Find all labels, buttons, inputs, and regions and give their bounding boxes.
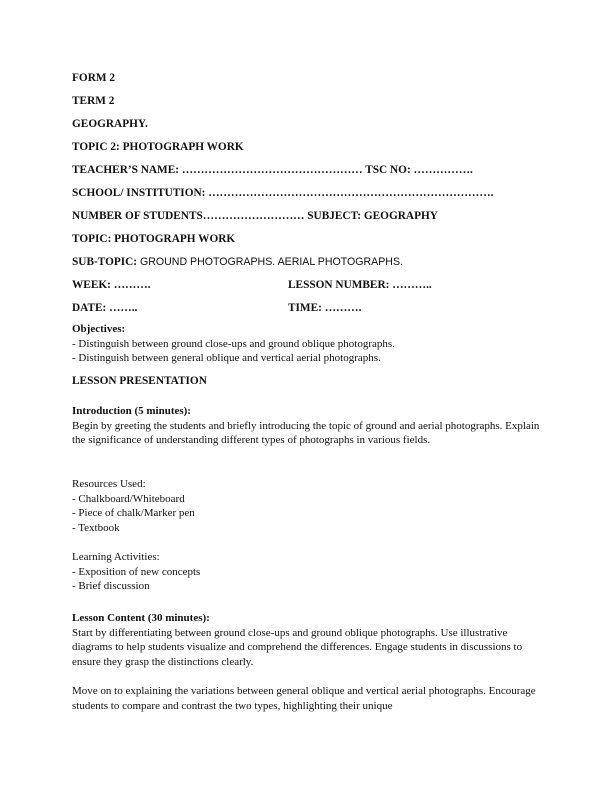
lesson-content-paragraph: Start by differentiating between ground … (72, 626, 542, 670)
lesson-presentation-heading: LESSON PRESENTATION (72, 375, 207, 387)
term-label: TERM 2 (72, 95, 114, 107)
activity-item: - Brief discussion (72, 579, 542, 594)
lesson-content-title: Lesson Content (30 minutes): (72, 611, 542, 626)
topic-heading: TOPIC 2: PHOTOGRAPH WORK (72, 141, 244, 153)
activity-item: - Exposition of new concepts (72, 565, 542, 580)
objective-item: - Distinguish between ground close-ups a… (72, 337, 542, 352)
resource-item: - Textbook (72, 521, 542, 536)
subtopic-field: SUB-TOPIC: GROUND PHOTOGRAPHS. AERIAL PH… (72, 256, 403, 268)
resources-section: Resources Used: - Chalkboard/Whiteboard … (72, 477, 542, 535)
introduction-text: Begin by greeting the students and brief… (72, 419, 542, 448)
subtopic-value: GROUND PHOTOGRAPHS. AERIAL PHOTOGRAPHS. (137, 256, 403, 268)
resource-item: - Piece of chalk/Marker pen (72, 506, 542, 521)
activities-title: Learning Activities: (72, 550, 542, 565)
date-field: DATE: …….. (72, 302, 137, 314)
introduction-title: Introduction (5 minutes): (72, 404, 542, 419)
lesson-content-paragraph: Move on to explaining the variations bet… (72, 684, 542, 713)
teacher-name-field: TEACHER’S NAME: ………………………………………… TSC NO:… (72, 164, 473, 176)
subtopic-label: SUB-TOPIC: (72, 256, 137, 268)
resource-item: - Chalkboard/Whiteboard (72, 492, 542, 507)
time-field: TIME: ………. (288, 302, 361, 314)
week-field: WEEK: ………. (72, 279, 150, 291)
school-field: SCHOOL/ INSTITUTION: …………………………………………………… (72, 187, 493, 199)
form-label: FORM 2 (72, 72, 115, 84)
subject-heading: GEOGRAPHY. (72, 118, 148, 130)
lesson-content-continued: Move on to explaining the variations bet… (72, 684, 542, 713)
lesson-content-section: Lesson Content (30 minutes): Start by di… (72, 611, 542, 669)
students-subject-field: NUMBER OF STUDENTS……………………… SUBJECT: GEO… (72, 210, 438, 222)
introduction-section: Introduction (5 minutes): Begin by greet… (72, 404, 542, 448)
objective-item: - Distinguish between general oblique an… (72, 351, 542, 366)
resources-title: Resources Used: (72, 477, 542, 492)
objectives-section: Objectives: - Distinguish between ground… (72, 322, 542, 366)
topic-field: TOPIC: PHOTOGRAPH WORK (72, 233, 235, 245)
objectives-title: Objectives: (72, 322, 542, 337)
lesson-number-field: LESSON NUMBER: ……….. (288, 279, 432, 291)
activities-section: Learning Activities: - Exposition of new… (72, 550, 542, 594)
